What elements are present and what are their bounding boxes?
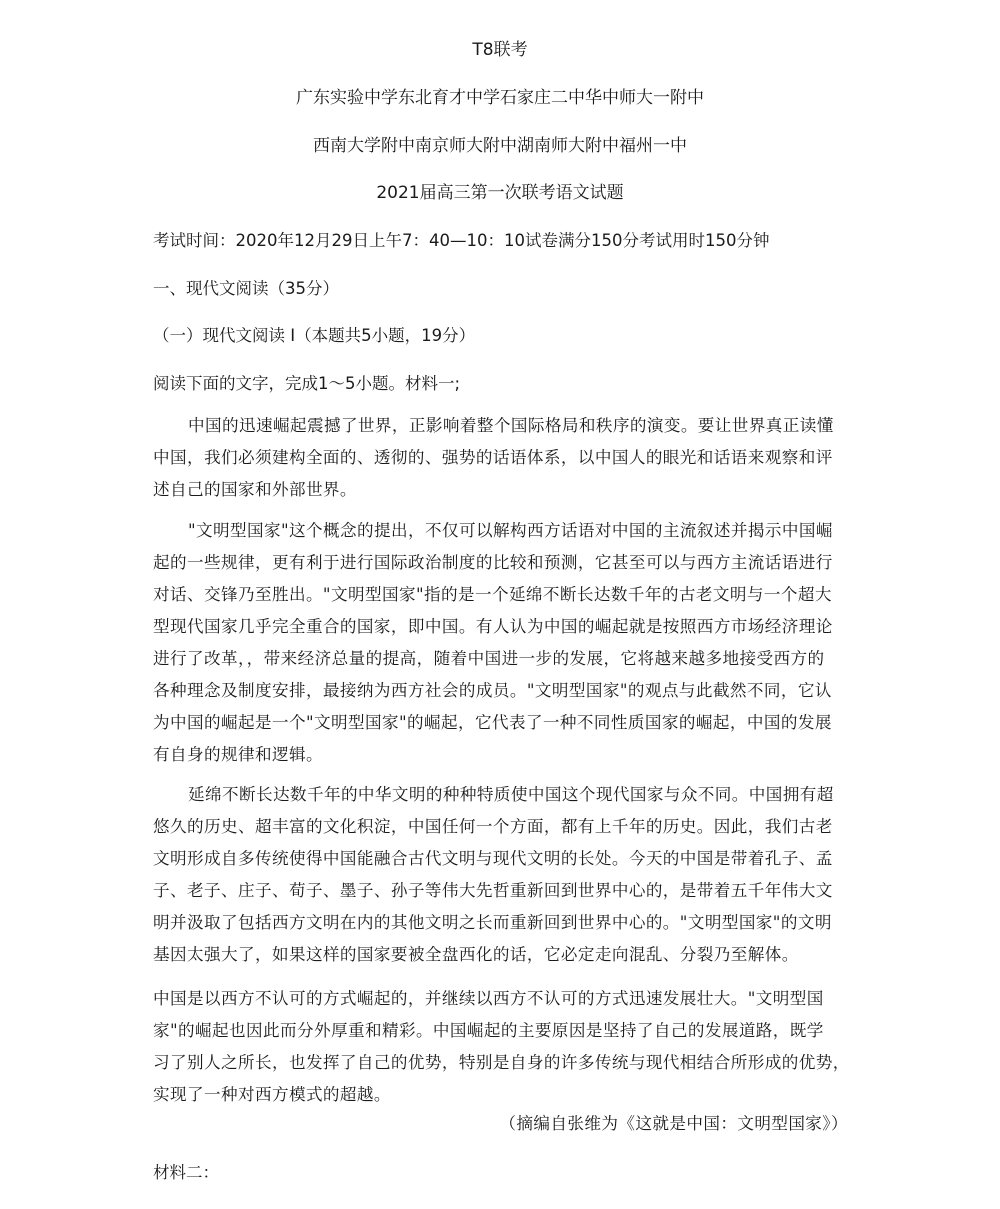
paragraph-line: 有自身的规律和逻辑。 [153,745,323,765]
paragraph-line: "文明型国家"这个概念的提出，不仅可以解构西方话语对中国的主流叙述并揭示中国崛 [188,521,833,541]
schools-line-1: 广东实验中学东北育才中学石家庄二中华中师大一附中 [0,88,1000,108]
paragraph-line: 型现代国家几乎完全重合的国家，即中国。有人认为中国的崛起就是按照西方市场经济理论 [153,617,833,637]
paragraph-line: 延绵不断长达数千年的中华文明的种种特质使中国这个现代国家与众不同。中国拥有超 [188,785,834,805]
paragraph-line: 家"的崛起也因此而分外厚重和精彩。中国崛起的主要原因是坚持了自己的发展道路，既学 [153,1021,824,1041]
paragraph-line: 悠久的历史、超丰富的文化积淀，中国任何一个方面，都有上千年的历史。因此，我们古老 [153,817,833,837]
paragraph-line: 中国，我们必须建构全面的、透彻的、强势的话语体系，以中国人的眼光和话语来观察和评 [153,448,833,468]
exam-info: 考试时间：2020年12月29日上午7：40—10：10试卷满分150分考试用时… [153,231,769,251]
source-citation: （摘编自张维为《这就是中国：文明型国家》） [499,1114,848,1134]
schools-line-2: 西南大学附中南京师大附中湖南师大附中福州一中 [0,136,1000,156]
paragraph-line: 为中国的崛起是一个"文明型国家"的崛起，它代表了一种不同性质国家的崛起，中国的发… [153,713,832,733]
material-2-label: 材料二： [153,1163,219,1183]
paragraph-line: 文明形成自多传统使得中国能融合古代文明与现代文明的长处。今天的中国是带着孔子、孟 [153,849,833,869]
paragraph-line: 实现了一种对西方模式的超越。 [153,1085,391,1105]
exam-tag: T8联考 [0,40,1000,60]
paragraph-line: 明并汲取了包括西方文明在内的其他文明之长而重新回到世界中心的。"文明型国家"的文… [153,913,832,933]
paragraph-line: 进行了改革，，带来经济总量的提高，随着中国进一步的发展，它将越来越多地接受西方的 [153,649,824,669]
paragraph-line: 子、老子、庄子、荀子、墨子、孙子等伟大先哲重新回到世界中心的，是带着五千年伟大文 [153,881,833,901]
paragraph-line: 习了别人之所长，也发挥了自己的优势，特别是自身的许多传统与现代相结合所形成的优势… [153,1053,850,1073]
paragraph-line: 起的一些规律，更有利于进行国际政治制度的比较和预测，它甚至可以与西方主流话语进行 [153,553,833,573]
paragraph-line: 中国是以西方不认可的方式崛起的，并继续以西方不认可的方式迅速发展壮大。"文明型国 [153,989,824,1009]
reading-instruction: 阅读下面的文字，完成1～5小题。材料一; [153,374,460,394]
section-title: 一、现代文阅读（35分） [153,279,339,299]
paragraph-line: 基因太强大了，如果这样的国家要被全盘西化的话，它必定走向混乱、分裂乃至解体。 [153,945,799,965]
exam-title: 2021届高三第一次联考语文试题 [0,183,1000,203]
paragraph-line: 对话、交锋乃至胜出。"文明型国家"指的是一个延绵不断长达数千年的古老文明与一个超… [153,585,832,605]
section-subtitle: （一）现代文阅读 I（本题共5小题，19分） [153,326,475,346]
paragraph-line: 中国的迅速崛起震撼了世界，正影响着整个国际格局和秩序的演变。要让世界真正读懂 [188,416,834,436]
paragraph-line: 述自己的国家和外部世界。 [153,480,357,500]
paragraph-line: 各种理念及制度安排，最接纳为西方社会的成员。"文明型国家"的观点与此截然不同，它… [153,681,832,701]
